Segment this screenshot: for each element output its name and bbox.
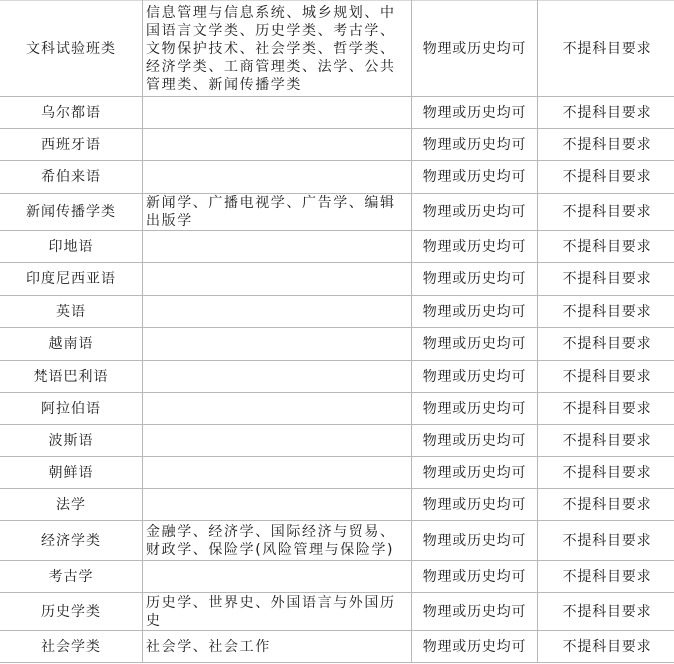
first-subject-cell: 物理或历史均可 — [412, 393, 538, 425]
table-row: 考古学物理或历史均可不提科目要求 — [0, 561, 674, 593]
included-majors-cell — [143, 231, 412, 263]
second-subject-cell: 不提科目要求 — [538, 489, 674, 521]
first-subject-cell: 物理或历史均可 — [412, 489, 538, 521]
first-subject-cell: 物理或历史均可 — [412, 161, 538, 194]
major-cell: 经济学类 — [0, 521, 143, 561]
second-subject-cell: 不提科目要求 — [538, 231, 674, 263]
first-subject-cell: 物理或历史均可 — [412, 263, 538, 296]
second-subject-cell: 不提科目要求 — [538, 631, 674, 663]
included-majors-cell — [143, 129, 412, 161]
major-cell: 乌尔都语 — [0, 97, 143, 129]
first-subject-cell: 物理或历史均可 — [412, 328, 538, 361]
major-cell: 朝鲜语 — [0, 457, 143, 489]
first-subject-cell: 物理或历史均可 — [412, 425, 538, 457]
table-row: 社会学类社会学、社会工作物理或历史均可不提科目要求 — [0, 631, 674, 663]
table-row: 梵语巴利语物理或历史均可不提科目要求 — [0, 361, 674, 393]
major-cell: 法学 — [0, 489, 143, 521]
included-majors-cell: 金融学、经济学、国际经济与贸易、财政学、保险学(风险管理与保险学) — [143, 521, 412, 561]
second-subject-cell: 不提科目要求 — [538, 593, 674, 631]
table-row: 西班牙语物理或历史均可不提科目要求 — [0, 129, 674, 161]
first-subject-cell: 物理或历史均可 — [412, 521, 538, 561]
major-cell: 印度尼西亚语 — [0, 263, 143, 296]
included-majors-cell — [143, 457, 412, 489]
included-majors-cell — [143, 328, 412, 361]
included-majors-cell — [143, 296, 412, 328]
first-subject-cell: 物理或历史均可 — [412, 457, 538, 489]
table-row: 文科试验班类信息管理与信息系统、城乡规划、中国语言文学类、历史学类、考古学、文物… — [0, 1, 674, 97]
major-cell: 印地语 — [0, 231, 143, 263]
major-cell: 西班牙语 — [0, 129, 143, 161]
included-majors-cell — [143, 97, 412, 129]
subject-requirements-table: 文科试验班类信息管理与信息系统、城乡规划、中国语言文学类、历史学类、考古学、文物… — [0, 0, 674, 663]
major-cell: 社会学类 — [0, 631, 143, 663]
table-row: 印度尼西亚语物理或历史均可不提科目要求 — [0, 263, 674, 296]
table-row: 波斯语物理或历史均可不提科目要求 — [0, 425, 674, 457]
major-cell: 波斯语 — [0, 425, 143, 457]
first-subject-cell: 物理或历史均可 — [412, 296, 538, 328]
table-row: 法学物理或历史均可不提科目要求 — [0, 489, 674, 521]
table-body: 文科试验班类信息管理与信息系统、城乡规划、中国语言文学类、历史学类、考古学、文物… — [0, 1, 674, 663]
included-majors-cell — [143, 263, 412, 296]
second-subject-cell: 不提科目要求 — [538, 296, 674, 328]
second-subject-cell: 不提科目要求 — [538, 328, 674, 361]
major-cell: 历史学类 — [0, 593, 143, 631]
table-row: 乌尔都语物理或历史均可不提科目要求 — [0, 97, 674, 129]
major-cell: 阿拉伯语 — [0, 393, 143, 425]
table-row: 印地语物理或历史均可不提科目要求 — [0, 231, 674, 263]
first-subject-cell: 物理或历史均可 — [412, 361, 538, 393]
major-cell: 新闻传播学类 — [0, 194, 143, 231]
major-cell: 希伯来语 — [0, 161, 143, 194]
second-subject-cell: 不提科目要求 — [538, 194, 674, 231]
included-majors-cell — [143, 361, 412, 393]
major-cell: 梵语巴利语 — [0, 361, 143, 393]
second-subject-cell: 不提科目要求 — [538, 97, 674, 129]
table-row: 朝鲜语物理或历史均可不提科目要求 — [0, 457, 674, 489]
table-row: 经济学类金融学、经济学、国际经济与贸易、财政学、保险学(风险管理与保险学)物理或… — [0, 521, 674, 561]
first-subject-cell: 物理或历史均可 — [412, 1, 538, 97]
second-subject-cell: 不提科目要求 — [538, 161, 674, 194]
first-subject-cell: 物理或历史均可 — [412, 593, 538, 631]
first-subject-cell: 物理或历史均可 — [412, 129, 538, 161]
table-row: 越南语物理或历史均可不提科目要求 — [0, 328, 674, 361]
included-majors-cell — [143, 489, 412, 521]
first-subject-cell: 物理或历史均可 — [412, 631, 538, 663]
second-subject-cell: 不提科目要求 — [538, 1, 674, 97]
table-row: 希伯来语物理或历史均可不提科目要求 — [0, 161, 674, 194]
table-row: 阿拉伯语物理或历史均可不提科目要求 — [0, 393, 674, 425]
first-subject-cell: 物理或历史均可 — [412, 561, 538, 593]
included-majors-cell: 信息管理与信息系统、城乡规划、中国语言文学类、历史学类、考古学、文物保护技术、社… — [143, 1, 412, 97]
second-subject-cell: 不提科目要求 — [538, 457, 674, 489]
included-majors-cell: 新闻学、广播电视学、广告学、编辑出版学 — [143, 194, 412, 231]
second-subject-cell: 不提科目要求 — [538, 425, 674, 457]
second-subject-cell: 不提科目要求 — [538, 521, 674, 561]
major-cell: 越南语 — [0, 328, 143, 361]
table-row: 新闻传播学类新闻学、广播电视学、广告学、编辑出版学物理或历史均可不提科目要求 — [0, 194, 674, 231]
major-cell: 英语 — [0, 296, 143, 328]
second-subject-cell: 不提科目要求 — [538, 361, 674, 393]
included-majors-cell — [143, 393, 412, 425]
major-cell: 考古学 — [0, 561, 143, 593]
second-subject-cell: 不提科目要求 — [538, 393, 674, 425]
second-subject-cell: 不提科目要求 — [538, 263, 674, 296]
included-majors-cell — [143, 161, 412, 194]
table-row: 英语物理或历史均可不提科目要求 — [0, 296, 674, 328]
included-majors-cell — [143, 561, 412, 593]
first-subject-cell: 物理或历史均可 — [412, 97, 538, 129]
first-subject-cell: 物理或历史均可 — [412, 194, 538, 231]
included-majors-cell: 历史学、世界史、外国语言与外国历史 — [143, 593, 412, 631]
included-majors-cell — [143, 425, 412, 457]
included-majors-cell: 社会学、社会工作 — [143, 631, 412, 663]
first-subject-cell: 物理或历史均可 — [412, 231, 538, 263]
second-subject-cell: 不提科目要求 — [538, 129, 674, 161]
second-subject-cell: 不提科目要求 — [538, 561, 674, 593]
table-row: 历史学类历史学、世界史、外国语言与外国历史物理或历史均可不提科目要求 — [0, 593, 674, 631]
major-cell: 文科试验班类 — [0, 1, 143, 97]
